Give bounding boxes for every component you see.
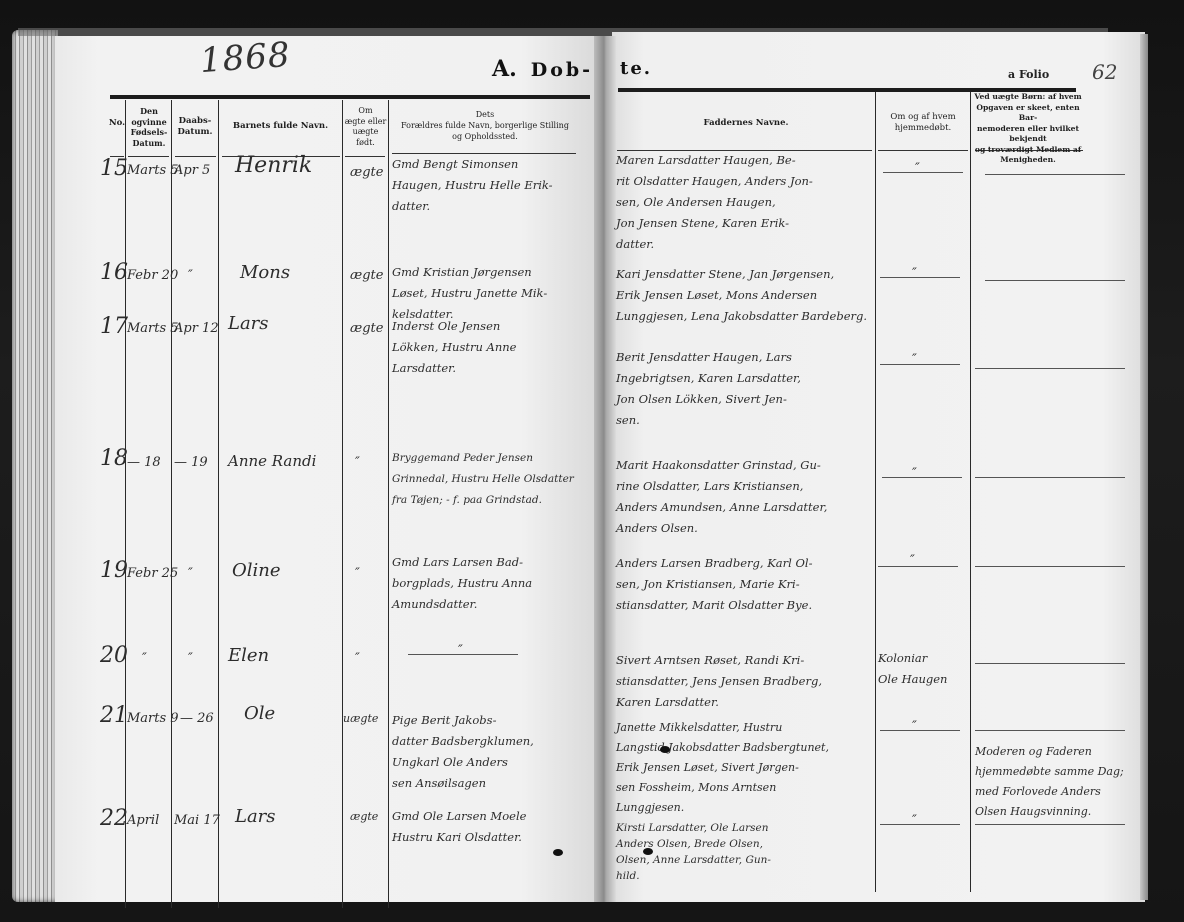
ink-blot bbox=[643, 848, 653, 855]
section-title-left: A.Dob- bbox=[492, 56, 593, 82]
header-underline bbox=[175, 156, 216, 157]
entry-birth-date: Febr 20 bbox=[127, 265, 178, 287]
entry-home-baptized: ″ bbox=[912, 349, 917, 371]
entry-child-name: Oline bbox=[232, 560, 281, 582]
col-divider bbox=[218, 100, 219, 908]
entry-birth-date: Marts 9 bbox=[127, 708, 179, 730]
entry-home-baptized: ″ bbox=[912, 263, 917, 285]
entry-legitimacy: ægte bbox=[350, 806, 378, 828]
entry-birth-date: Marts 5 bbox=[127, 318, 179, 340]
entry-home-baptized: ″ bbox=[912, 463, 917, 485]
entry-sponsors: Sivert Arntsen Røset, Randi Kri- stiansd… bbox=[616, 650, 876, 713]
entry-number: 19 bbox=[100, 560, 128, 582]
entry-legitimacy: ægte bbox=[350, 162, 383, 184]
entry-number: 21 bbox=[100, 705, 128, 727]
entry-legitimacy: ægte bbox=[350, 318, 383, 340]
entry-parents: Pige Berit Jakobs- datter Badsbergklumen… bbox=[392, 710, 592, 794]
entry-birth-date: April bbox=[127, 810, 159, 832]
entry-sponsors: Berit Jensdatter Haugen, Lars Ingebrigts… bbox=[616, 347, 876, 431]
entry-baptism-date: ″ bbox=[188, 563, 193, 585]
entry-number: 15 bbox=[100, 158, 128, 180]
note-line bbox=[975, 368, 1125, 369]
entry-legitimacy: ″ bbox=[355, 452, 360, 474]
entry-legitimacy: ″ bbox=[355, 648, 360, 670]
book-gutter bbox=[594, 36, 616, 902]
entry-child-name: Lars bbox=[228, 313, 269, 335]
entry-birth-date: — 18 bbox=[127, 452, 161, 474]
header-home-baptized: Om og af hvem hjemmedøbt. bbox=[876, 112, 970, 134]
entry-legitimacy: uægte bbox=[343, 708, 378, 730]
entry-sponsors: Maren Larsdatter Haugen, Be- rit Olsdatt… bbox=[616, 150, 876, 255]
entry-sponsors: Anders Larsen Bradberg, Karl Ol- sen, Jo… bbox=[616, 553, 876, 616]
entry-child-name: Mons bbox=[240, 262, 290, 284]
entry-birth-date: Febr 25 bbox=[127, 563, 178, 585]
entry-baptism-date: Mai 17 bbox=[174, 810, 220, 832]
note-line bbox=[975, 824, 1125, 825]
note-line bbox=[985, 174, 1125, 175]
note-line bbox=[985, 280, 1125, 281]
note-line bbox=[975, 566, 1125, 567]
header-child-name: Barnets fulde Navn. bbox=[219, 121, 342, 132]
entry-home-baptized: ″ bbox=[912, 716, 917, 738]
col-divider bbox=[125, 100, 126, 908]
entry-number: 16 bbox=[100, 262, 128, 284]
col-divider bbox=[342, 100, 343, 908]
col-divider bbox=[388, 100, 389, 908]
entry-baptism-date: Apr 12 bbox=[174, 318, 219, 340]
entry-number: 18 bbox=[100, 448, 128, 470]
ditto-line bbox=[882, 477, 962, 478]
note-line bbox=[975, 663, 1125, 664]
header-illegitimate-note: Ved uægte Børn: af hvem Opgaven er skeet… bbox=[972, 92, 1084, 166]
section-letter: A. bbox=[492, 56, 517, 82]
entry-parents: Gmd Lars Larsen Bad- borgplads, Hustru A… bbox=[392, 552, 592, 615]
entry-sponsors: Kari Jensdatter Stene, Jan Jørgensen, Er… bbox=[616, 264, 876, 327]
entry-child-name: Ole bbox=[244, 703, 275, 725]
entry-home-baptized: ″ bbox=[912, 810, 917, 832]
ditto-line bbox=[878, 566, 958, 567]
note-line bbox=[975, 730, 1125, 731]
ditto-line bbox=[880, 730, 960, 731]
page-edges-left bbox=[12, 30, 58, 902]
entry-sponsors: Kirsti Larsdatter, Ole Larsen Anders Ols… bbox=[616, 820, 876, 884]
entry-baptism-date: ″ bbox=[188, 648, 193, 670]
header-baptism-date: Daabs- Datum. bbox=[172, 116, 218, 138]
entry-home-baptized: Koloniar Ole Haugen bbox=[878, 648, 972, 690]
folio-number: 62 bbox=[1092, 60, 1117, 84]
header-legitimacy: Om ægte eller uægte født. bbox=[343, 106, 388, 148]
ditto-line bbox=[880, 277, 960, 278]
section-word-left: Dob- bbox=[531, 59, 593, 81]
entry-sponsors: Janette Mikkelsdatter, Hustru Langstid J… bbox=[616, 718, 876, 818]
header-sponsors: Faddernes Navne. bbox=[617, 118, 875, 129]
entry-birth-date: Marts 5 bbox=[127, 160, 179, 182]
entry-parents: Bryggemand Peder Jensen Grinnedal, Hustr… bbox=[392, 448, 592, 511]
header-parents: Dets Forældres fulde Navn, borgerlige St… bbox=[390, 109, 580, 142]
entry-child-name: Elen bbox=[228, 645, 269, 667]
section-word-right: te. bbox=[620, 58, 652, 79]
entry-parents: Gmd Ole Larsen Moele Hustru Kari Olsdatt… bbox=[392, 806, 592, 848]
header-underline bbox=[878, 150, 968, 151]
ink-blot bbox=[553, 849, 563, 856]
entry-parents: Gmd Bengt Simonsen Haugen, Hustru Helle … bbox=[392, 154, 592, 217]
entry-legitimacy: ″ bbox=[355, 563, 360, 585]
entry-birth-date: ″ bbox=[142, 648, 147, 670]
ditto-line bbox=[883, 172, 963, 173]
col-divider bbox=[970, 92, 971, 892]
header-rule-left bbox=[110, 95, 590, 99]
entry-home-baptized: ″ bbox=[910, 550, 915, 572]
year-handwritten: 1868 bbox=[199, 35, 292, 81]
entry-illegitimate-note: Moderen og Faderen hjemmedøbte samme Dag… bbox=[975, 742, 1135, 822]
note-line bbox=[975, 477, 1125, 478]
entry-number: 20 bbox=[100, 645, 128, 667]
entry-number: 17 bbox=[100, 316, 128, 338]
entry-baptism-date: — 26 bbox=[180, 708, 214, 730]
entry-baptism-date: Apr 5 bbox=[174, 160, 210, 182]
entry-parents: Inderst Ole Jensen Lökken, Hustru Anne L… bbox=[392, 316, 592, 379]
entry-number: 22 bbox=[100, 808, 128, 830]
folio-label: a Folio bbox=[1008, 68, 1049, 81]
header-underline bbox=[128, 156, 169, 157]
ditto-line bbox=[880, 824, 960, 825]
ditto-line bbox=[408, 654, 518, 655]
header-no: No. bbox=[108, 118, 126, 129]
ink-blot bbox=[660, 746, 670, 753]
ditto-line bbox=[880, 364, 960, 365]
entry-child-name: Lars bbox=[235, 806, 276, 828]
page-edges-right bbox=[1140, 34, 1148, 900]
entry-child-name: Henrik bbox=[235, 155, 312, 177]
entry-home-baptized: ″ bbox=[915, 158, 920, 180]
entry-sponsors: Marit Haakonsdatter Grinstad, Gu- rine O… bbox=[616, 455, 876, 539]
header-birth-date: Den ogvinne Fødsels- Datum. bbox=[127, 106, 171, 148]
col-divider bbox=[171, 100, 172, 908]
entry-baptism-date: — 19 bbox=[174, 452, 208, 474]
entry-parents: ″ bbox=[458, 640, 463, 662]
entry-legitimacy: ægte bbox=[350, 265, 383, 287]
header-underline bbox=[345, 156, 385, 157]
entry-baptism-date: ″ bbox=[188, 265, 193, 287]
entry-child-name: Anne Randi bbox=[228, 450, 316, 472]
